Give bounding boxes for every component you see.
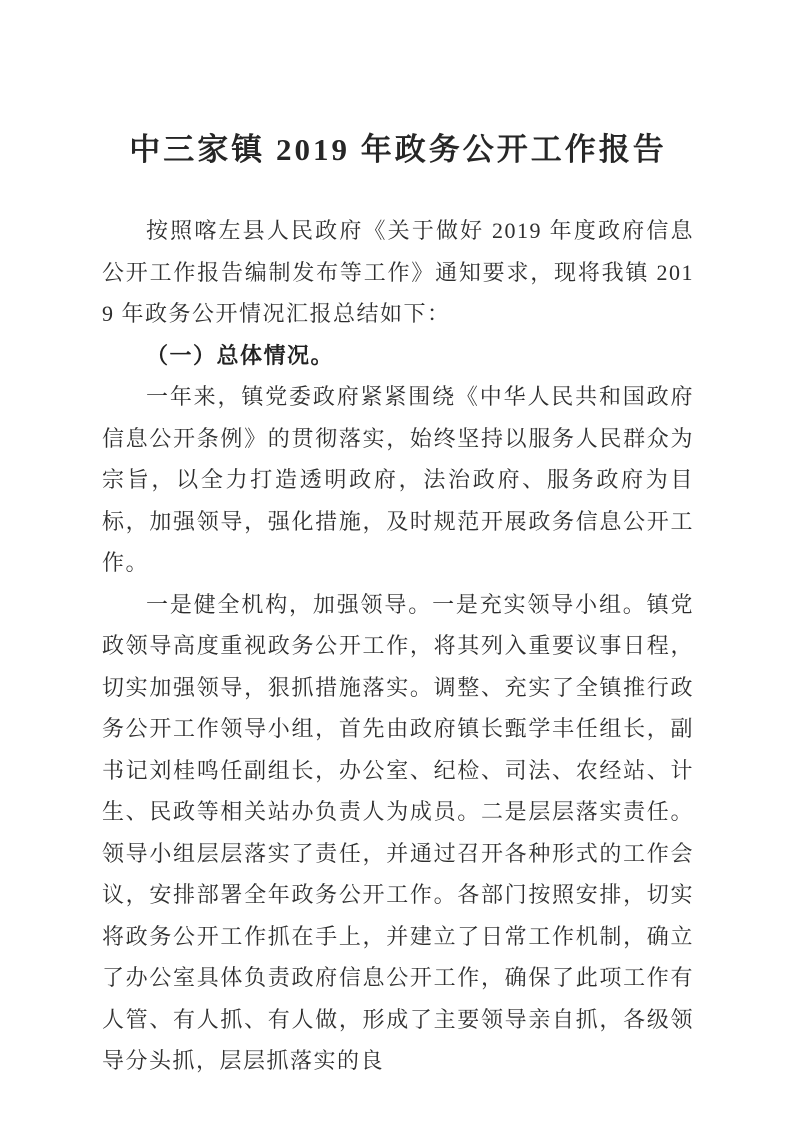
- paragraph: 一是健全机构，加强领导。一是充实领导小组。镇党政领导高度重视政务公开工作，将其列…: [102, 584, 694, 1082]
- document-page: 中三家镇 2019 年政务公开工作报告 按照喀左县人民政府《关于做好 2019 …: [0, 0, 800, 1130]
- section-heading: （一）总体情况。: [102, 335, 694, 377]
- paragraph: 按照喀左县人民政府《关于做好 2019 年度政府信息公开工作报告编制发布等工作》…: [102, 210, 694, 335]
- paragraph: 一年来，镇党委政府紧紧围绕《中华人民共和国政府信息公开条例》的贯彻落实，始终坚持…: [102, 376, 694, 584]
- document-title: 中三家镇 2019 年政务公开工作报告: [102, 128, 694, 172]
- document-body: 按照喀左县人民政府《关于做好 2019 年度政府信息公开工作报告编制发布等工作》…: [102, 210, 694, 1082]
